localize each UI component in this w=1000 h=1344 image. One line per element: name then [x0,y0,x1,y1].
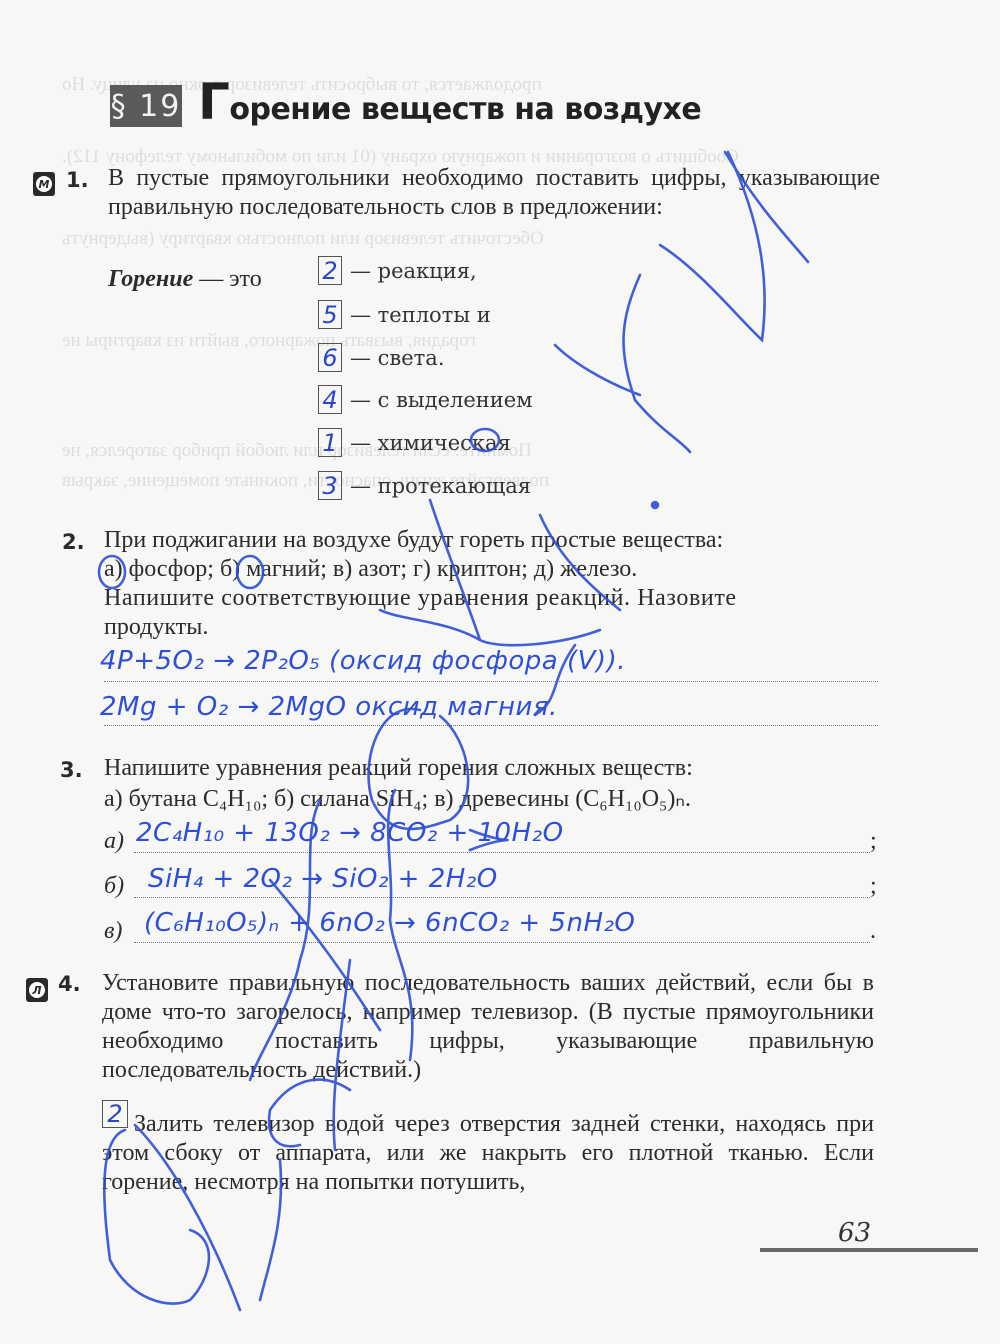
task2-line: Напишите соответствующие уравнения реакц… [104,585,879,612]
definition-word: — реакция, [350,259,477,283]
item-end: ; [870,873,877,900]
item-label: а) [104,828,124,855]
workbook-page: продолжается, то выбросить телевизор в о… [0,0,1000,1344]
m-marker-icon: М [33,172,55,196]
handwritten-answer[interactable]: (C₆H₁₀O₅)ₙ + 6nO₂ → 6nCO₂ + 5nH₂O [144,908,635,938]
definition-row[interactable]: 3 — протекающая [318,471,531,500]
page-title: Горение веществ на воздухе [198,82,701,127]
item-label: в) [104,918,122,945]
definition-word: — теплоты и [350,303,491,327]
handwritten-answer[interactable]: 4P+5O₂ → 2P₂O₅ (оксид фосфора (V)). [100,646,626,676]
definition-row[interactable]: 1 — химическая [318,428,511,457]
task2-line: При поджигании на воздухе будут гореть п… [104,527,723,554]
definition-lead: Горение — это [108,266,262,293]
handwritten-answer[interactable]: SiH₄ + 2O₂ → SiO₂ + 2H₂O [148,864,498,894]
definition-row[interactable]: 2 — реакция, [318,256,477,285]
page-rule [760,1248,978,1252]
bleed-through-text: Обесточить телевизор или полностью кварт… [62,228,544,250]
task2-number: 2. [62,530,85,554]
definition-row[interactable]: 4 — с выделением [318,385,533,414]
answer-box[interactable]: 5 [318,300,342,329]
task4-step-text: Залить телевизор водой через отверстия з… [102,1110,874,1197]
definition-word: — света. [350,346,445,370]
answer-box[interactable]: 2 [318,256,342,285]
task3-substances: а) бутана C₄H₁₀; б) силана SiH₄; в) древ… [104,784,691,813]
task2-line: продукты. [104,614,208,641]
task4-text: Установите правильную последовательность… [102,969,874,1085]
definition-word: — с выделением [350,388,533,412]
definition-row[interactable]: 6 — света. [318,343,445,372]
task1-number: 1. [66,168,89,192]
definition-word: — протекающая [350,474,531,498]
section-badge: § 19 [110,85,182,127]
definition-word: — химическая [350,431,511,455]
answer-box[interactable]: 3 [318,471,342,500]
answer-box[interactable]: 1 [318,428,342,457]
task3-number: 3. [60,758,83,782]
task3-line: Напишите уравнения реакций горения сложн… [104,755,693,782]
title-first-letter: Г [198,73,229,131]
item-label: б) [104,873,124,900]
l-marker-icon: Л [26,978,48,1002]
answer-line [104,725,878,726]
answer-line [134,897,870,898]
item-end: ; [870,828,877,855]
answer-box[interactable]: 6 [318,343,342,372]
page-number: 63 [838,1218,871,1248]
title-rest: орение веществ на воздухе [229,92,701,127]
answer-line [104,681,878,682]
task4-number: 4. [58,972,81,996]
answer-line [134,942,870,943]
definition-row[interactable]: 5 — теплоты и [318,300,491,329]
answer-box[interactable]: 4 [318,385,342,414]
handwritten-answer[interactable]: 2Mg + O₂ → 2MgO оксид магния. [100,692,558,722]
item-end: . [870,918,876,945]
task1-text: В пустые прямоугольники необходимо поста… [108,164,880,222]
answer-line [134,852,870,853]
handwritten-answer[interactable]: 2C₄H₁₀ + 13O₂ → 8CO₂ + 10H₂O [136,818,564,848]
task2-options: а) фосфор; б) магний; в) азот; г) крипто… [104,556,637,583]
